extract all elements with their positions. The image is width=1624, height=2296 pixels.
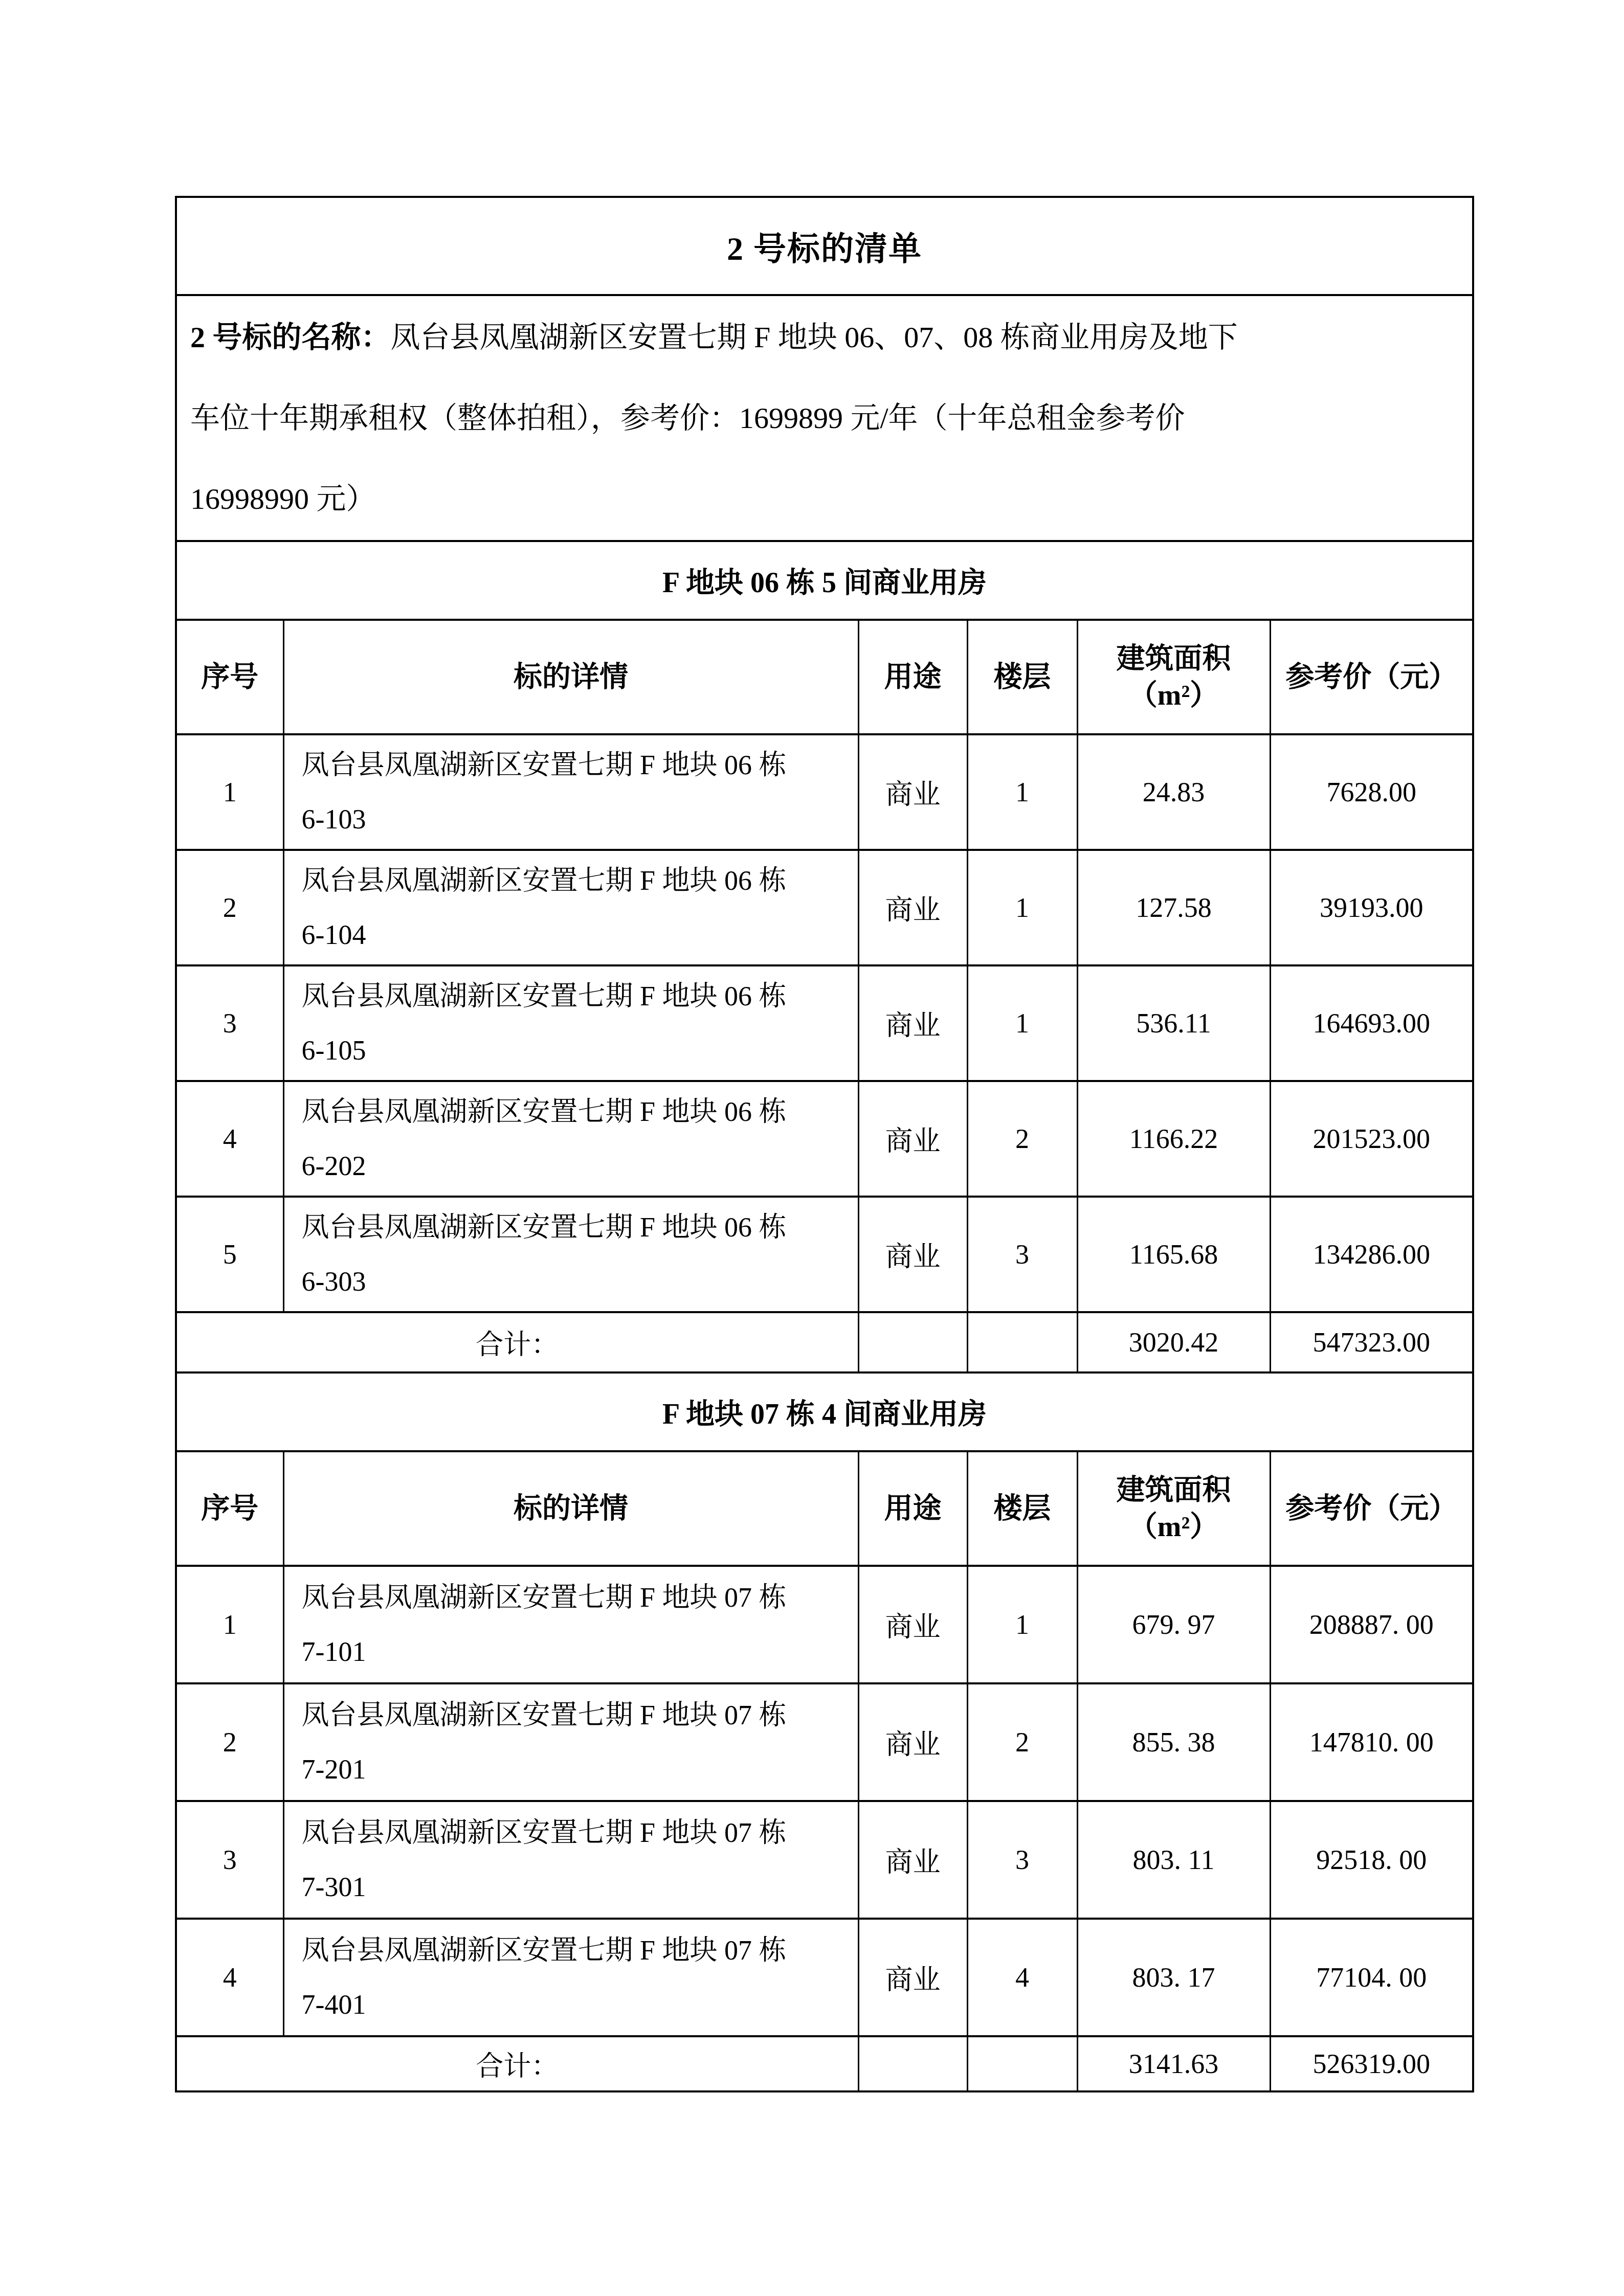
cell-price: 201523.00 [1270,1081,1473,1197]
detail-line2: 6-103 [302,792,846,846]
section-title-row: F 地块 07 栋 4 间商业用房 [176,1372,1473,1451]
cell-price: 164693.00 [1270,965,1473,1081]
table2-total-row: 合计： 3141.63 526319.00 [176,2036,1473,2091]
col-header-area: 建筑面积 （m²） [1077,620,1270,734]
cell-price: 147810. 00 [1270,1683,1473,1801]
cell-no: 4 [176,1919,283,2036]
detail-line1: 凤台县凤凰湖新区安置七期 F 地块 07 栋 [302,1806,846,1860]
col-header-detail: 标的详情 [283,1451,858,1566]
col-header-floor: 楼层 [967,1451,1077,1566]
section-title-block07: F 地块 07 栋 4 间商业用房 [176,1372,1473,1451]
cell-detail: 凤台县凤凰湖新区安置七期 F 地块 07 栋 7-101 [283,1566,858,1683]
cell-use: 商业 [858,850,967,965]
cell-area: 1165.68 [1077,1197,1270,1312]
detail-line2: 7-301 [302,1860,846,1914]
col-header-use: 用途 [858,620,967,734]
detail-line2: 6-303 [302,1254,846,1309]
col-header-area-line1: 建筑面积 [1078,1472,1270,1509]
cell-area: 1166.22 [1077,1081,1270,1197]
cell-use: 商业 [858,734,967,850]
detail-line2: 6-104 [302,908,846,962]
cell-floor: 1 [967,850,1077,965]
table2-row-2: 2 凤台县凤凰湖新区安置七期 F 地块 07 栋 7-201 商业 2 855.… [176,1683,1473,1801]
cell-no: 2 [176,1683,283,1801]
cell-use: 商业 [858,1801,967,1919]
total-price: 547323.00 [1270,1312,1473,1372]
cell-price: 77104. 00 [1270,1919,1473,2036]
col-header-floor: 楼层 [967,620,1077,734]
total-empty-use [858,1312,967,1372]
cell-detail: 凤台县凤凰湖新区安置七期 F 地块 07 栋 7-401 [283,1919,858,2036]
cell-area: 127.58 [1077,850,1270,965]
cell-use: 商业 [858,1683,967,1801]
cell-floor: 2 [967,1081,1077,1197]
total-area: 3141.63 [1077,2036,1270,2091]
table1-row-3: 3 凤台县凤凰湖新区安置七期 F 地块 06 栋 6-105 商业 1 536.… [176,965,1473,1081]
cell-floor: 4 [967,1919,1077,2036]
total-empty-floor [967,2036,1077,2091]
cell-use: 商业 [858,1919,967,2036]
cell-area: 803. 11 [1077,1801,1270,1919]
cell-detail: 凤台县凤凰湖新区安置七期 F 地块 07 栋 7-301 [283,1801,858,1919]
detail-line1: 凤台县凤凰湖新区安置七期 F 地块 07 栋 [302,1923,846,1977]
cell-area: 803. 17 [1077,1919,1270,2036]
cell-area: 679. 97 [1077,1566,1270,1683]
cell-floor: 3 [967,1801,1077,1919]
cell-detail: 凤台县凤凰湖新区安置七期 F 地块 06 栋 6-104 [283,850,858,965]
table1-header-row: 序号 标的详情 用途 楼层 建筑面积 （m²） 参考价（元） [176,620,1473,734]
bid-description-cell: 2 号标的名称：凤台县凤凰湖新区安置七期 F 地块 06、07、08 栋商业用房… [176,295,1473,541]
detail-line1: 凤台县凤凰湖新区安置七期 F 地块 07 栋 [302,1570,846,1625]
col-header-use: 用途 [858,1451,967,1566]
cell-no: 2 [176,850,283,965]
table2-row-4: 4 凤台县凤凰湖新区安置七期 F 地块 07 栋 7-401 商业 4 803.… [176,1919,1473,2036]
cell-no: 1 [176,1566,283,1683]
col-header-area-line2: （m²） [1078,677,1270,714]
col-header-area: 建筑面积 （m²） [1077,1451,1270,1566]
col-header-area-line2: （m²） [1078,1509,1270,1545]
total-area: 3020.42 [1077,1312,1270,1372]
cell-floor: 3 [967,1197,1077,1312]
detail-line1: 凤台县凤凰湖新区安置七期 F 地块 06 栋 [302,969,846,1023]
table2-row-1: 1 凤台县凤凰湖新区安置七期 F 地块 07 栋 7-101 商业 1 679.… [176,1566,1473,1683]
cell-area: 24.83 [1077,734,1270,850]
cell-no: 3 [176,965,283,1081]
detail-line2: 6-202 [302,1139,846,1193]
cell-floor: 1 [967,965,1077,1081]
detail-line1: 凤台县凤凰湖新区安置七期 F 地块 06 栋 [302,853,846,908]
table1-row-2: 2 凤台县凤凰湖新区安置七期 F 地块 06 栋 6-104 商业 1 127.… [176,850,1473,965]
section-title-row: F 地块 06 栋 5 间商业用房 [176,541,1473,620]
col-header-detail: 标的详情 [283,620,858,734]
cell-no: 1 [176,734,283,850]
table1-row-1: 1 凤台县凤凰湖新区安置七期 F 地块 06 栋 6-103 商业 1 24.8… [176,734,1473,850]
table1-row-4: 4 凤台县凤凰湖新区安置七期 F 地块 06 栋 6-202 商业 2 1166… [176,1081,1473,1197]
cell-use: 商业 [858,1566,967,1683]
cell-no: 5 [176,1197,283,1312]
cell-detail: 凤台县凤凰湖新区安置七期 F 地块 06 栋 6-103 [283,734,858,850]
title-row: 2 号标的清单 [176,197,1473,295]
detail-line1: 凤台县凤凰湖新区安置七期 F 地块 06 栋 [302,1085,846,1139]
col-header-price: 参考价（元） [1270,1451,1473,1566]
cell-detail: 凤台县凤凰湖新区安置七期 F 地块 06 栋 6-105 [283,965,858,1081]
detail-line2: 7-101 [302,1625,846,1679]
cell-price: 39193.00 [1270,850,1473,965]
col-header-no: 序号 [176,620,283,734]
total-price: 526319.00 [1270,2036,1473,2091]
document-title: 2 号标的清单 [176,197,1473,295]
cell-floor: 1 [967,1566,1077,1683]
table1-row-5: 5 凤台县凤凰湖新区安置七期 F 地块 06 栋 6-303 商业 3 1165… [176,1197,1473,1312]
cell-area: 536.11 [1077,965,1270,1081]
cell-no: 4 [176,1081,283,1197]
detail-line1: 凤台县凤凰湖新区安置七期 F 地块 06 栋 [302,738,846,792]
detail-line2: 7-401 [302,1977,846,2032]
detail-line2: 6-105 [302,1023,846,1077]
col-header-price: 参考价（元） [1270,620,1473,734]
cell-use: 商业 [858,1197,967,1312]
bid-name-label: 2 号标的名称： [190,321,391,354]
cell-use: 商业 [858,965,967,1081]
description-row: 2 号标的名称：凤台县凤凰湖新区安置七期 F 地块 06、07、08 栋商业用房… [176,295,1473,541]
detail-line2: 7-201 [302,1742,846,1796]
table2-row-3: 3 凤台县凤凰湖新区安置七期 F 地块 07 栋 7-301 商业 3 803.… [176,1801,1473,1919]
total-label: 合计： [176,2036,858,2091]
bid-list-table: 2 号标的清单 2 号标的名称：凤台县凤凰湖新区安置七期 F 地块 06、07、… [175,196,1474,2092]
cell-no: 3 [176,1801,283,1919]
cell-area: 855. 38 [1077,1683,1270,1801]
detail-line1: 凤台县凤凰湖新区安置七期 F 地块 07 栋 [302,1688,846,1742]
cell-price: 7628.00 [1270,734,1473,850]
cell-detail: 凤台县凤凰湖新区安置七期 F 地块 07 栋 7-201 [283,1683,858,1801]
cell-price: 134286.00 [1270,1197,1473,1312]
cell-price: 92518. 00 [1270,1801,1473,1919]
cell-floor: 2 [967,1683,1077,1801]
col-header-area-line1: 建筑面积 [1078,640,1270,677]
cell-floor: 1 [967,734,1077,850]
table1-total-row: 合计： 3020.42 547323.00 [176,1312,1473,1372]
table2-header-row: 序号 标的详情 用途 楼层 建筑面积 （m²） 参考价（元） [176,1451,1473,1566]
total-empty-use [858,2036,967,2091]
total-empty-floor [967,1312,1077,1372]
cell-use: 商业 [858,1081,967,1197]
detail-line1: 凤台县凤凰湖新区安置七期 F 地块 06 栋 [302,1200,846,1254]
col-header-no: 序号 [176,1451,283,1566]
cell-detail: 凤台县凤凰湖新区安置七期 F 地块 06 栋 6-202 [283,1081,858,1197]
cell-price: 208887. 00 [1270,1566,1473,1683]
section-title-block06: F 地块 06 栋 5 间商业用房 [176,541,1473,620]
cell-detail: 凤台县凤凰湖新区安置七期 F 地块 06 栋 6-303 [283,1197,858,1312]
total-label: 合计： [176,1312,858,1372]
